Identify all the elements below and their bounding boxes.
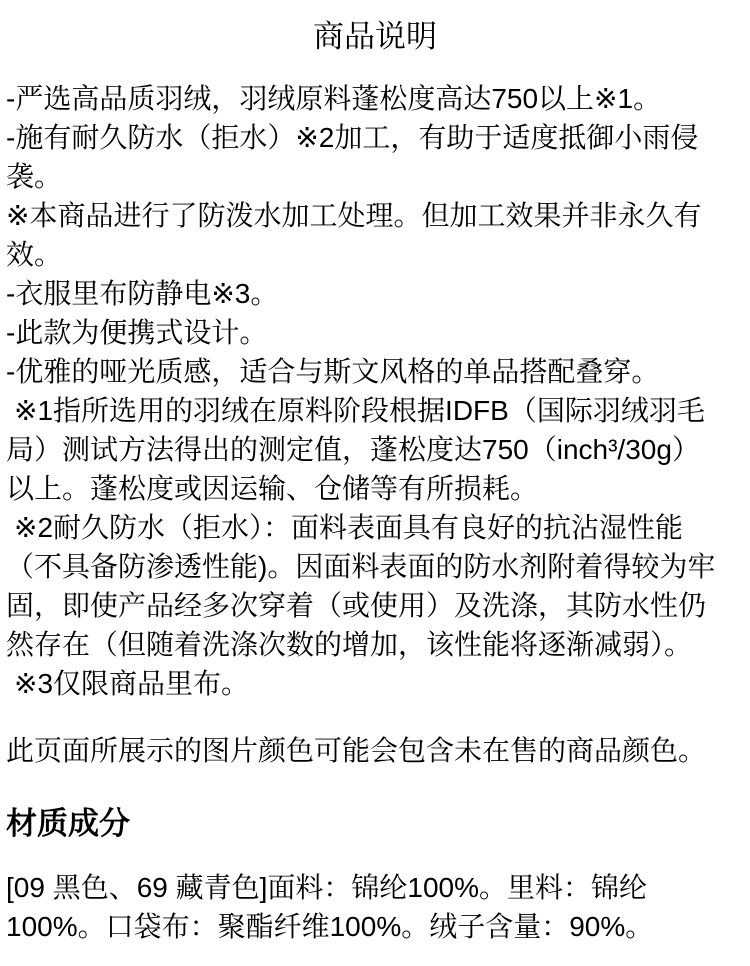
bullet-marker: -	[6, 317, 15, 348]
bullet-text: 严选高品质羽绒，羽绒原料蓬松度高达750以上※1。	[15, 83, 661, 114]
description-bullet-antistatic: -衣服里布防静电※3。	[6, 274, 725, 313]
description-bullet-water-repellent: -施有耐久防水（拒水）※2加工，有助于适度抵御小雨侵袭。	[6, 118, 725, 196]
bullet-text: 优雅的哑光质感，适合与斯文风格的单品搭配叠穿。	[15, 356, 659, 387]
bullet-marker: -	[6, 278, 15, 309]
description-note-2: ※2耐久防水（拒水）：面料表面具有良好的抗沾湿性能（不具备防渗透性能)。因面料表…	[6, 508, 725, 664]
bullet-text: 衣服里布防静电※3。	[15, 278, 278, 309]
description-bullet-matte-texture: -优雅的哑光质感，适合与斯文风格的单品搭配叠穿。	[6, 352, 725, 391]
description-subnote-water-repellent: ※本商品进行了防泼水加工处理。但加工效果并非永久有效。	[6, 196, 725, 274]
bullet-marker: -	[6, 122, 15, 153]
description-note-3: ※3仅限商品里布。	[6, 664, 725, 703]
description-bullet-down-quality: -严选高品质羽绒，羽绒原料蓬松度高达750以上※1。	[6, 79, 725, 118]
bullet-marker: -	[6, 83, 15, 114]
color-disclaimer: 此页面所展示的图片颜色可能会包含未在售的商品颜色。	[6, 731, 725, 770]
materials-heading: 材质成分	[6, 806, 725, 842]
description-note-1: ※1指所选用的羽绒在原料阶段根据IDFB（国际羽绒羽毛局）测试方法得出的测定值，…	[6, 391, 725, 508]
materials-composition-text: [09 黑色、69 藏青色]面料：锦纶100%。里料：锦纶100%。口袋布：聚酯…	[6, 868, 725, 946]
description-bullet-portable: -此款为便携式设计。	[6, 313, 725, 352]
bullet-marker: -	[6, 356, 15, 387]
page-title: 商品说明	[0, 19, 750, 55]
bullet-text: 施有耐久防水（拒水）※2加工，有助于适度抵御小雨侵袭。	[6, 122, 698, 192]
bullet-text: 此款为便携式设计。	[15, 317, 267, 348]
description-list: -严选高品质羽绒，羽绒原料蓬松度高达750以上※1。 -施有耐久防水（拒水）※2…	[6, 79, 725, 703]
product-description-page: 商品说明 -严选高品质羽绒，羽绒原料蓬松度高达750以上※1。 -施有耐久防水（…	[0, 0, 750, 966]
